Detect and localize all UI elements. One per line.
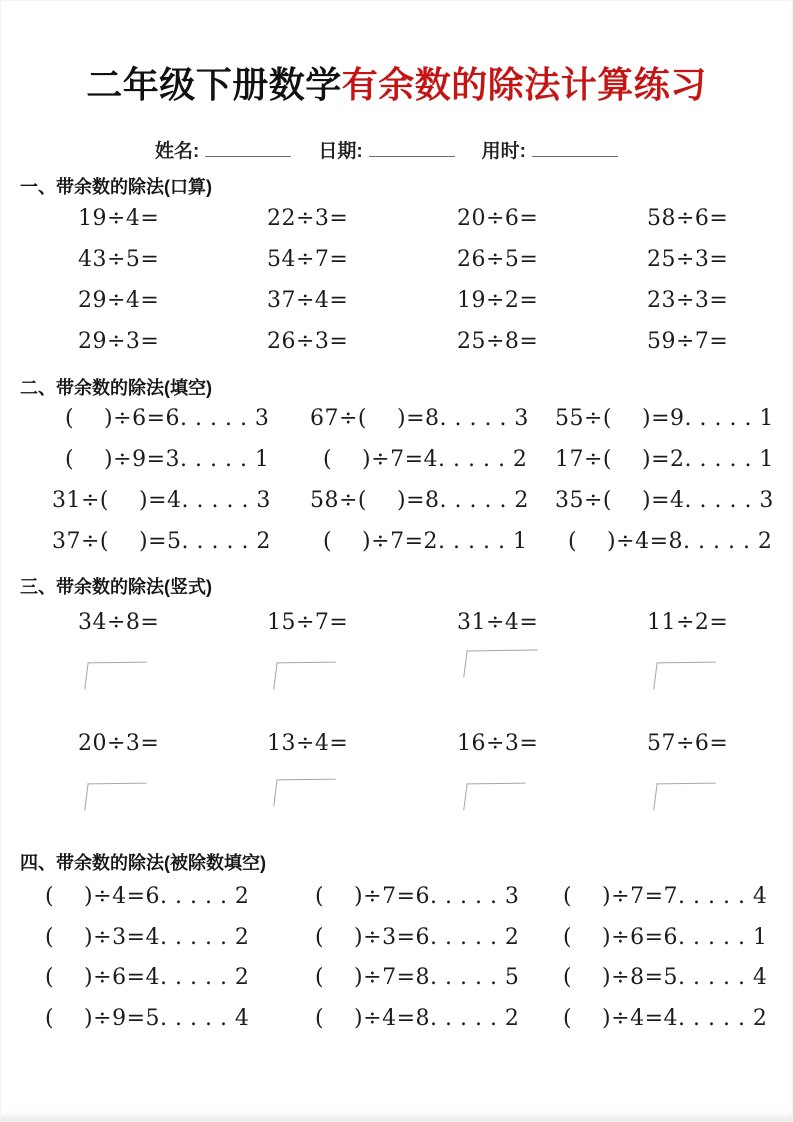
fill-blank-problem: ( )÷6=4. . . . . 2 <box>45 965 315 1006</box>
section-3-header: 三、带余数的除法(竖式) <box>20 573 212 599</box>
division-problem: 59÷7= <box>647 329 767 370</box>
time-field: 用时: <box>482 136 618 163</box>
division-problem: 34÷8= <box>78 610 267 636</box>
date-blank-line <box>369 136 455 157</box>
fill-blank-problem: ( )÷6=6. . . . . 1 <box>563 925 783 966</box>
long-division-bracket <box>84 662 147 690</box>
fill-blank-problem: ( )÷3=6. . . . . 2 <box>315 925 563 966</box>
fill-blank-problem: ( )÷7=7. . . . . 4 <box>563 884 783 925</box>
fill-blank-problem: 67÷( )=8. . . . . 3 <box>310 406 555 447</box>
section-1-header: 一、带余数的除法(口算) <box>20 173 212 199</box>
date-field: 日期: <box>318 136 454 163</box>
long-division-bracket <box>84 783 147 811</box>
name-field: 姓名: <box>155 136 291 163</box>
long-division-bracket <box>463 650 538 678</box>
fill-blank-problem: ( )÷9=3. . . . . 1 <box>52 447 310 488</box>
division-problem: 26÷5= <box>457 247 647 288</box>
vertical-form-problem: 15÷7= <box>267 610 457 689</box>
division-problem: 57÷6= <box>647 731 767 757</box>
fill-blank-problem: ( )÷4=8. . . . . 2 <box>555 529 775 570</box>
fill-blank-problem: ( )÷4=8. . . . . 2 <box>315 1006 563 1047</box>
fill-blank-problem: 31÷( )=4. . . . . 3 <box>52 488 310 529</box>
division-problem: 19÷4= <box>78 206 267 247</box>
vertical-form-problem: 13÷4= <box>267 731 457 810</box>
division-problem: 15÷7= <box>267 610 457 636</box>
vertical-form-problem: 31÷4= <box>457 610 647 689</box>
vertical-form-problem: 11÷2= <box>647 610 767 689</box>
division-problem: 29÷3= <box>78 329 267 370</box>
fill-blank-problem: ( )÷3=4. . . . . 2 <box>45 925 315 966</box>
long-division-bracket <box>653 662 716 690</box>
worksheet-page: 二年级下册数学有余数的除法计算练习 姓名: 日期: 用时: 一、带余数的除法(口… <box>0 0 793 1122</box>
vertical-form-problem: 57÷6= <box>647 731 767 810</box>
division-problem: 16÷3= <box>457 731 647 757</box>
time-label: 用时: <box>482 136 526 163</box>
fill-blank-problem: ( )÷7=6. . . . . 3 <box>315 884 563 925</box>
fill-blank-problem: ( )÷6=6. . . . . 3 <box>52 406 310 447</box>
date-label: 日期: <box>318 136 362 163</box>
meta-row: 姓名: 日期: 用时: <box>155 136 618 163</box>
division-problem: 25÷8= <box>457 329 647 370</box>
long-division-bracket <box>653 783 716 811</box>
title-red-part: 有余数的除法计算练习 <box>342 64 707 105</box>
fill-blank-problem: 35÷( )=4. . . . . 3 <box>555 488 775 529</box>
fill-blank-problem: ( )÷7=8. . . . . 5 <box>315 965 563 1006</box>
division-problem: 20÷3= <box>78 731 267 757</box>
division-problem: 25÷3= <box>647 247 767 288</box>
vertical-form-problem: 34÷8= <box>78 610 267 689</box>
vertical-form-problem: 20÷3= <box>78 731 267 810</box>
fill-blank-problem: ( )÷9=5. . . . . 4 <box>45 1006 315 1047</box>
fill-blank-problem: ( )÷7=2. . . . . 1 <box>310 529 555 570</box>
name-label: 姓名: <box>155 136 199 163</box>
division-problem: 26÷3= <box>267 329 457 370</box>
division-problem: 54÷7= <box>267 247 457 288</box>
division-problem: 23÷3= <box>647 288 767 329</box>
fill-blank-problem: 55÷( )=9. . . . . 1 <box>555 406 775 447</box>
time-blank-line <box>532 136 618 157</box>
fill-blank-problem: 17÷( )=2. . . . . 1 <box>555 447 775 488</box>
section-2-header: 二、带余数的除法(填空) <box>20 374 212 400</box>
section-3-vertical-form-row-1: 34÷8= 15÷7= 31÷4= 11÷2= <box>78 610 767 689</box>
division-problem: 29÷4= <box>78 288 267 329</box>
fill-blank-problem: 58÷( )=8. . . . . 2 <box>310 488 555 529</box>
fill-blank-problem: ( )÷8=5. . . . . 4 <box>563 965 783 1006</box>
fill-blank-problem: ( )÷7=4. . . . . 2 <box>310 447 555 488</box>
section-4-dividend-blank-problems: ( )÷4=6. . . . . 2 ( )÷7=6. . . . . 3 ( … <box>45 884 783 1046</box>
division-problem: 20÷6= <box>457 206 647 247</box>
page-title: 二年级下册数学有余数的除法计算练习 <box>0 57 793 108</box>
section-3-vertical-form-row-2: 20÷3= 13÷4= 16÷3= 57÷6= <box>78 731 767 810</box>
title-black-part: 二年级下册数学 <box>86 64 342 105</box>
long-division-bracket <box>273 779 336 807</box>
division-problem: 37÷4= <box>267 288 457 329</box>
division-problem: 19÷2= <box>457 288 647 329</box>
fill-blank-problem: ( )÷4=4. . . . . 2 <box>563 1006 783 1047</box>
division-problem: 22÷3= <box>267 206 457 247</box>
division-problem: 11÷2= <box>647 610 767 636</box>
section-4-header: 四、带余数的除法(被除数填空) <box>20 849 266 875</box>
division-problem: 58÷6= <box>647 206 767 247</box>
name-blank-line <box>205 136 291 157</box>
long-division-bracket <box>273 662 336 690</box>
division-problem: 43÷5= <box>78 247 267 288</box>
long-division-bracket <box>463 783 526 811</box>
vertical-form-problem: 16÷3= <box>457 731 647 810</box>
division-problem: 13÷4= <box>267 731 457 757</box>
fill-blank-problem: 37÷( )=5. . . . . 2 <box>52 529 310 570</box>
fill-blank-problem: ( )÷4=6. . . . . 2 <box>45 884 315 925</box>
section-2-fill-blank-problems: ( )÷6=6. . . . . 3 67÷( )=8. . . . . 3 5… <box>52 406 775 570</box>
division-problem: 31÷4= <box>457 610 647 636</box>
section-1-oral-problems: 19÷4= 22÷3= 20÷6= 58÷6= 43÷5= 54÷7= 26÷5… <box>78 206 767 370</box>
